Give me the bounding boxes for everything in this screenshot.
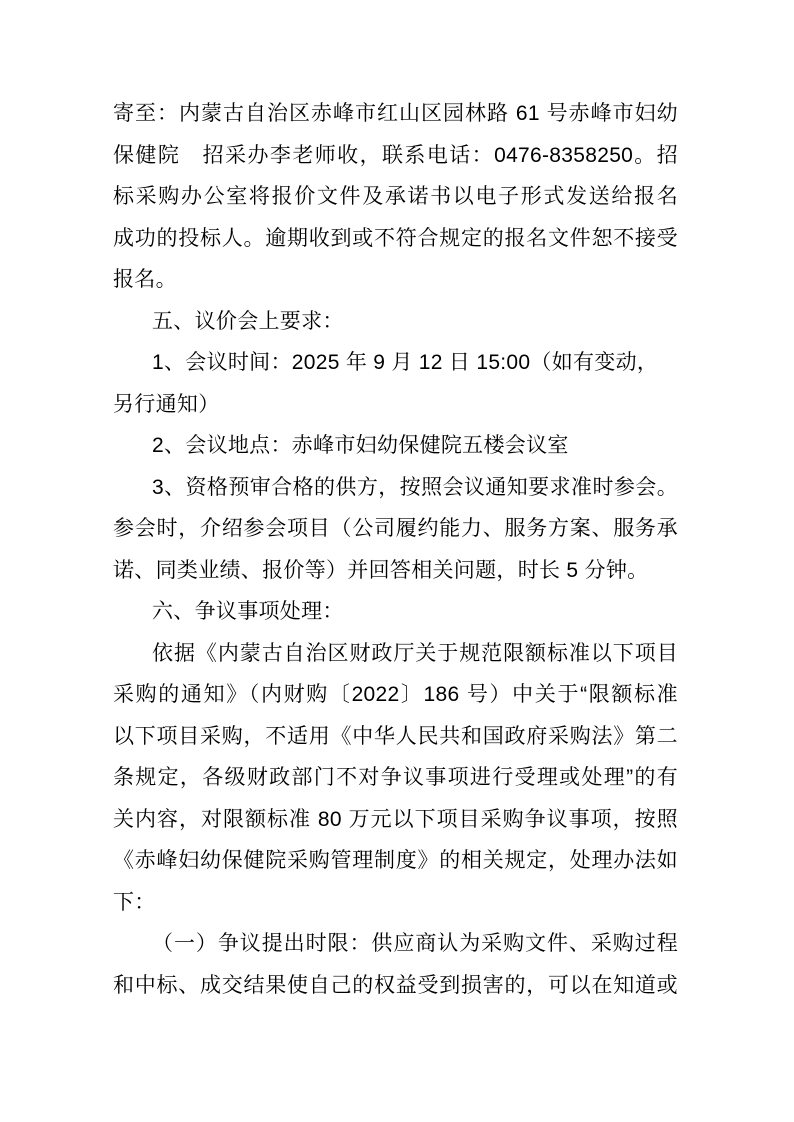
text-line: 1、会议时间：2025 年 9 月 12 日 15:00（如有变动，: [113, 342, 678, 384]
text-line: 诺、同类业绩、报价等）并回答相关问题，时长 5 分钟。: [113, 550, 678, 592]
text-line: 3、资格预审合格的供方，按照会议通知要求准时参会。: [113, 467, 678, 509]
paragraph: 1、会议时间：2025 年 9 月 12 日 15:00（如有变动，另行通知）: [113, 342, 678, 425]
paragraph: 3、资格预审合格的供方，按照会议通知要求准时参会。参会时，介绍参会项目（公司履约…: [113, 467, 678, 592]
text-line: 五、议价会上要求：: [113, 301, 678, 343]
text-line: 2、会议地点：赤峰市妇幼保健院五楼会议室: [113, 425, 678, 467]
paragraph: （一）争议提出时限：供应商认为采购文件、采购过程和中标、成交结果使自己的权益受到…: [113, 923, 678, 1006]
text-line: 下：: [113, 882, 678, 924]
text-column: 寄至：内蒙古自治区赤峰市红山区园林路 61 号赤峰市妇幼保健院 招采办李老师收，…: [113, 93, 678, 1006]
text-line: 寄至：内蒙古自治区赤峰市红山区园林路 61 号赤峰市妇幼: [113, 93, 678, 135]
text-line: 条规定，各级财政部门不对争议事项进行受理或处理”的有: [113, 757, 678, 799]
paragraph: 五、议价会上要求：: [113, 301, 678, 343]
text-line: （一）争议提出时限：供应商认为采购文件、采购过程: [113, 923, 678, 965]
text-line: 关内容，对限额标准 80 万元以下项目采购争议事项，按照: [113, 799, 678, 841]
paragraph: 六、争议事项处理：: [113, 591, 678, 633]
text-line: 报名。: [113, 259, 678, 301]
text-line: 标采购办公室将报价文件及承诺书以电子形式发送给报名: [113, 176, 678, 218]
text-line: 六、争议事项处理：: [113, 591, 678, 633]
paragraph: 2、会议地点：赤峰市妇幼保健院五楼会议室: [113, 425, 678, 467]
text-line: 和中标、成交结果使自己的权益受到损害的，可以在知道或: [113, 965, 678, 1007]
text-line: 另行通知）: [113, 384, 678, 426]
text-line: 采购的通知》（内财购〔2022〕186 号）中关于“限额标准: [113, 674, 678, 716]
text-line: 以下项目采购，不适用《中华人民共和国政府采购法》第二: [113, 716, 678, 758]
paragraph: 寄至：内蒙古自治区赤峰市红山区园林路 61 号赤峰市妇幼保健院 招采办李老师收，…: [113, 93, 678, 301]
text-line: 保健院 招采办李老师收，联系电话：0476-8358250。招: [113, 135, 678, 177]
text-line: 依据《内蒙古自治区财政厅关于规范限额标准以下项目: [113, 633, 678, 675]
text-line: 《赤峰妇幼保健院采购管理制度》的相关规定，处理办法如: [113, 840, 678, 882]
paragraph: 依据《内蒙古自治区财政厅关于规范限额标准以下项目采购的通知》（内财购〔2022〕…: [113, 633, 678, 924]
text-line: 参会时，介绍参会项目（公司履约能力、服务方案、服务承: [113, 508, 678, 550]
text-line: 成功的投标人。逾期收到或不符合规定的报名文件恕不接受: [113, 218, 678, 260]
document-page: 寄至：内蒙古自治区赤峰市红山区园林路 61 号赤峰市妇幼保健院 招采办李老师收，…: [0, 0, 794, 1122]
